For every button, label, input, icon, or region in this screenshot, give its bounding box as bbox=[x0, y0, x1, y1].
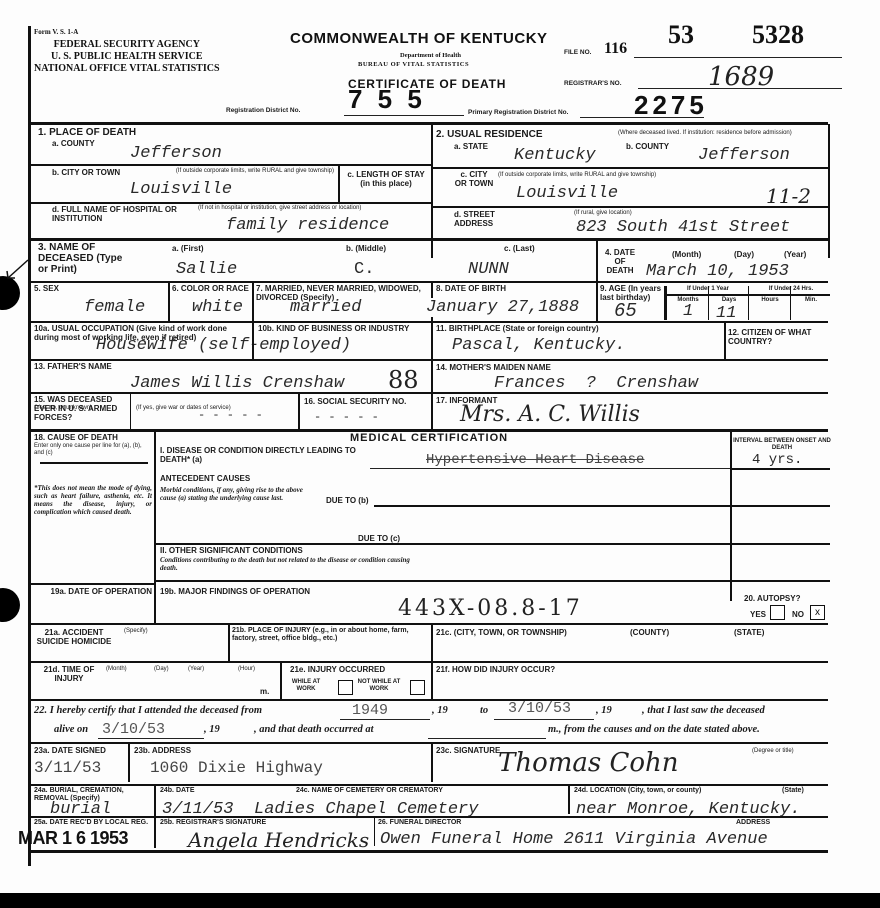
residence-city-code: 11-2 bbox=[766, 184, 811, 208]
residence-county-label: b. COUNTY bbox=[626, 142, 669, 151]
sex-label: 5. SEX bbox=[34, 284, 59, 293]
mother-maiden-name-label: 14. MOTHER'S MAIDEN NAME bbox=[436, 363, 551, 372]
physician-address-value: 1060 Dixie Highway bbox=[150, 759, 323, 777]
place-of-injury-label: 21b. PLACE OF INJURY (e.g., in or about … bbox=[232, 627, 432, 643]
injury-state-label: (STATE) bbox=[734, 628, 764, 637]
sex-value: female bbox=[84, 298, 145, 317]
street-note: (If rural, give location) bbox=[574, 210, 632, 217]
residence-city-value: Louisville bbox=[516, 184, 618, 203]
divider bbox=[28, 359, 828, 361]
location-state-label: (State) bbox=[782, 787, 804, 794]
last-name-label: c. (Last) bbox=[504, 244, 535, 253]
registrar-signature-label: 25b. REGISTRAR'S SIGNATURE bbox=[160, 819, 266, 826]
file-no-label: FILE NO. bbox=[564, 49, 591, 56]
primary-district-value: 2275 bbox=[634, 90, 708, 121]
divider bbox=[730, 468, 830, 470]
city-note: (If outside corporate limits, write RURA… bbox=[104, 168, 334, 175]
file-no-value: 116 bbox=[604, 40, 627, 58]
divider bbox=[28, 392, 828, 394]
citizen-label: 12. CITIZEN OF WHAT COUNTRY? bbox=[728, 328, 828, 346]
medical-certification-title: MEDICAL CERTIFICATION bbox=[350, 433, 508, 444]
hospital-value: family residence bbox=[226, 216, 389, 235]
attended-to-value: 3/10/53 bbox=[508, 700, 571, 717]
attended-from-value: 1949 bbox=[352, 702, 388, 719]
underline bbox=[634, 57, 842, 58]
antecedent-causes-label: ANTECEDENT CAUSES bbox=[160, 474, 250, 483]
informant-signature: Mrs. A. C. Willis bbox=[460, 402, 640, 427]
divider bbox=[568, 784, 570, 814]
divider bbox=[433, 206, 829, 208]
autopsy-yes-checkbox[interactable] bbox=[770, 605, 785, 620]
while-at-work-checkbox[interactable] bbox=[338, 680, 353, 695]
agency-line: FEDERAL SECURITY AGENCY bbox=[34, 39, 220, 51]
funeral-address-label: ADDRESS bbox=[736, 819, 770, 826]
stamp-year: 53 bbox=[668, 20, 694, 50]
divider bbox=[154, 580, 830, 582]
hospital-label: d. FULL NAME OF HOSPITAL OR INSTITUTION bbox=[52, 205, 202, 223]
divider bbox=[730, 431, 732, 601]
punch-hole bbox=[0, 588, 20, 622]
antecedent-note: Morbid conditions, if any, giving rise t… bbox=[160, 486, 310, 502]
divider bbox=[28, 321, 828, 323]
burial-date-label: 24b. DATE bbox=[160, 787, 195, 794]
dod-month-label: (Month) bbox=[672, 250, 701, 259]
place-of-death-label: 1. PLACE OF DEATH bbox=[38, 127, 136, 138]
divider bbox=[168, 281, 170, 321]
other-conditions-note: Conditions contributing to the death but… bbox=[160, 556, 420, 572]
divider bbox=[28, 281, 828, 283]
certify-19-c: , 19 bbox=[204, 725, 220, 734]
marital-status-value: married bbox=[290, 298, 361, 317]
injury-hour-label: (Hour) bbox=[238, 666, 255, 673]
cause-of-death-note: Enter only one cause per line for (a), (… bbox=[34, 443, 150, 457]
residence-county-value: Jefferson bbox=[698, 146, 790, 165]
first-name-label: a. (First) bbox=[172, 244, 204, 253]
certify-to: to bbox=[480, 706, 488, 715]
how-injury-occurred-label: 21f. HOW DID INJURY OCCUR? bbox=[436, 665, 555, 674]
armed-forces-value: - - - - - bbox=[198, 408, 263, 422]
divider bbox=[280, 661, 282, 699]
divider bbox=[298, 392, 300, 429]
residence-city-note: (If outside corporate limits, write RURA… bbox=[498, 172, 828, 179]
due-to-c-label: DUE TO (c) bbox=[358, 534, 400, 543]
dod-year-label: (Year) bbox=[784, 250, 806, 259]
cemetery-label: 24c. NAME OF CEMETERY OR CREMATORY bbox=[296, 787, 443, 794]
registration-district-label: Registration District No. bbox=[226, 107, 300, 114]
middle-name-value: C. bbox=[354, 260, 374, 279]
divider bbox=[28, 742, 828, 744]
divider bbox=[31, 164, 431, 166]
date-signed-label: 23a. DATE SIGNED bbox=[34, 746, 106, 755]
divider bbox=[724, 321, 726, 359]
autopsy-no-checkbox[interactable]: x bbox=[810, 605, 825, 620]
alive-on-value: 3/10/53 bbox=[102, 721, 165, 738]
divider bbox=[28, 583, 154, 585]
scan-edge bbox=[0, 893, 880, 908]
divider bbox=[748, 286, 749, 320]
certify-19-a: , 19 bbox=[432, 706, 448, 715]
interval-label: INTERVAL BETWEEN ONSET AND DEATH bbox=[732, 438, 832, 452]
funeral-director-label: 26. FUNERAL DIRECTOR bbox=[378, 819, 461, 826]
dod-day-label: (Day) bbox=[734, 250, 754, 259]
address-label: 23b. ADDRESS bbox=[134, 746, 191, 755]
cause-of-death-label: 18. CAUSE OF DEATH bbox=[34, 433, 118, 442]
street-address-label: d. STREET ADDRESS bbox=[454, 210, 504, 228]
primary-district-label: Primary Registration District No. bbox=[468, 109, 568, 116]
divider bbox=[431, 321, 433, 359]
divider bbox=[31, 202, 431, 204]
divider bbox=[431, 359, 433, 429]
certify-text-2: , that I last saw the deceased bbox=[642, 706, 765, 715]
race-label: 6. COLOR OR RACE bbox=[172, 284, 249, 293]
divider bbox=[28, 816, 828, 818]
registrar-no-value: 1689 bbox=[708, 62, 774, 92]
occupation-value: Housewife (self-employed) bbox=[96, 336, 351, 355]
first-name-value: Sallie bbox=[176, 260, 237, 279]
kind-of-business-label: 10b. KIND OF BUSINESS OR INDUSTRY bbox=[258, 324, 428, 333]
registrar-no-label: REGISTRAR'S NO. bbox=[564, 80, 622, 87]
birthplace-label: 11. BIRTHPLACE (State or foreign country… bbox=[436, 324, 599, 333]
disease-line-label: I. DISEASE OR CONDITION DIRECTLY LEADING… bbox=[160, 446, 360, 464]
physician-signature: Thomas Cohn bbox=[498, 748, 679, 778]
residence-street-value: 823 South 41st Street bbox=[576, 218, 790, 237]
document-title: COMMONWEALTH OF KENTUCKY bbox=[290, 30, 548, 47]
certify-text-4: , and that death occurred at bbox=[254, 725, 374, 734]
date-of-death-label: 4. DATE OF DEATH bbox=[602, 248, 638, 275]
residence-state-value: Kentucky bbox=[514, 146, 596, 165]
agency-header: Form V. S. 1-A FEDERAL SECURITY AGENCY U… bbox=[34, 28, 220, 75]
social-security-value: - - - - - bbox=[314, 410, 379, 424]
days-label: Days bbox=[710, 297, 748, 304]
divider bbox=[374, 505, 830, 507]
father-note: 88 bbox=[388, 366, 419, 394]
divider bbox=[708, 286, 709, 320]
divider bbox=[252, 321, 254, 359]
divider bbox=[128, 742, 130, 782]
divider bbox=[154, 583, 156, 623]
death-county-value: Jefferson bbox=[130, 144, 222, 163]
degree-label: (Degree or title) bbox=[752, 748, 794, 755]
autopsy-no-label: NO bbox=[792, 610, 804, 619]
certify-alive-on: alive on bbox=[54, 725, 88, 734]
date-of-birth-value: January 27,1888 bbox=[424, 298, 581, 317]
accident-label: 21a. ACCIDENT SUICIDE HOMICIDE bbox=[34, 628, 114, 646]
accident-specify: (Specify) bbox=[124, 628, 148, 635]
autopsy-yes-label: YES bbox=[750, 610, 766, 619]
divider bbox=[28, 699, 828, 701]
divider bbox=[154, 543, 830, 545]
time-of-injury-label: 21d. TIME OF INJURY bbox=[34, 665, 104, 683]
divider bbox=[28, 661, 828, 663]
department-label: Department of Health bbox=[400, 52, 461, 59]
divider bbox=[28, 238, 828, 241]
armed-forces-note: (Yes, no, or unknown) bbox=[34, 405, 92, 412]
death-certificate-page: Form V. S. 1-A FEDERAL SECURITY AGENCY U… bbox=[0, 0, 880, 908]
state-label: a. STATE bbox=[454, 142, 488, 151]
divider bbox=[252, 281, 254, 321]
certificate-form: Form V. S. 1-A FEDERAL SECURITY AGENCY U… bbox=[28, 22, 846, 870]
father-name-label: 13. FATHER'S NAME bbox=[34, 362, 112, 371]
stamp-number: 5328 bbox=[752, 20, 804, 50]
usual-residence-label: 2. USUAL RESIDENCE bbox=[436, 129, 543, 140]
divider bbox=[596, 239, 598, 281]
funeral-director-value: Owen Funeral Home 2611 Virginia Avenue bbox=[380, 830, 768, 849]
date-received-label: 25a. DATE REC'D BY LOCAL REG. bbox=[34, 819, 148, 826]
certify-19-b: , 19 bbox=[596, 706, 612, 715]
injury-occurred-label: 21e. INJURY OCCURRED bbox=[290, 665, 385, 674]
divider bbox=[596, 281, 598, 321]
operation-findings-value: 443X-08.8-17 bbox=[398, 596, 583, 621]
operation-date-label: 19a. DATE OF OPERATION bbox=[34, 587, 152, 596]
underline bbox=[98, 738, 204, 739]
underline bbox=[344, 115, 464, 116]
mother-maiden-name-value: Frances ? Crenshaw bbox=[494, 374, 698, 393]
divider bbox=[828, 124, 830, 258]
divider bbox=[40, 462, 148, 464]
location-label: 24d. LOCATION (City, town, or county) bbox=[574, 787, 701, 794]
length-of-stay-label: c. LENGTH OF STAY (in this place) bbox=[342, 170, 430, 188]
cause-footnote: *This does not mean the mode of dying, s… bbox=[34, 484, 152, 516]
operation-findings-label: 19b. MAJOR FINDINGS OF OPERATION bbox=[160, 587, 310, 596]
divider bbox=[433, 167, 829, 169]
certify-text-1: 22. I hereby certify that I attended the… bbox=[34, 706, 262, 715]
death-city-value: Louisville bbox=[130, 180, 232, 199]
divider bbox=[790, 286, 791, 320]
divider bbox=[28, 784, 828, 786]
middle-name-label: b. (Middle) bbox=[346, 244, 386, 253]
usual-residence-note: (Where deceased lived. If institution: r… bbox=[618, 130, 830, 137]
residence-city-label: c. CITY OR TOWN bbox=[454, 170, 494, 188]
divider bbox=[28, 850, 828, 853]
divider bbox=[28, 122, 828, 125]
agency-line: NATIONAL OFFICE VITAL STATISTICS bbox=[34, 63, 220, 75]
divider bbox=[338, 165, 340, 202]
form-border-left bbox=[28, 26, 31, 866]
father-name-value: James Willis Crenshaw bbox=[130, 374, 344, 393]
due-to-b-label: DUE TO (b) bbox=[326, 496, 369, 505]
registration-district-value: 7 5 5 bbox=[348, 84, 426, 115]
certify-text-5: m., from the causes and on the date stat… bbox=[548, 725, 760, 734]
divider bbox=[154, 431, 156, 583]
age-value: 65 bbox=[614, 300, 637, 322]
injury-day-label: (Day) bbox=[154, 666, 169, 673]
social-security-label: 16. SOCIAL SECURITY NO. bbox=[304, 397, 426, 406]
cause-a-value: Hypertensive Heart Disease bbox=[426, 452, 644, 468]
registrar-signature: Angela Hendricks bbox=[188, 828, 369, 852]
race-value: white bbox=[192, 298, 243, 317]
divider bbox=[431, 742, 433, 782]
hours-label: Hours bbox=[750, 297, 790, 304]
divider bbox=[228, 623, 230, 661]
agency-line: U. S. PUBLIC HEALTH SERVICE bbox=[34, 51, 220, 63]
arrow-icon bbox=[4, 258, 30, 282]
signature-label: 23c. SIGNATURE bbox=[436, 746, 500, 755]
months-value: 1 bbox=[683, 302, 693, 321]
interval-a-value: 4 yrs. bbox=[752, 452, 802, 468]
date-signed-value: 3/11/53 bbox=[34, 759, 101, 777]
minutes-label: Min. bbox=[792, 297, 830, 304]
underline bbox=[494, 719, 594, 720]
autopsy-label: 20. AUTOPSY? bbox=[744, 594, 800, 603]
date-of-death-value: March 10, 1953 bbox=[646, 262, 789, 281]
not-while-at-work-checkbox[interactable] bbox=[410, 680, 425, 695]
injury-m-label: m. bbox=[260, 687, 269, 696]
name-of-deceased-label: 3. NAME OF DECEASED (Type or Print) bbox=[38, 242, 128, 275]
county-label: a. COUNTY bbox=[52, 139, 95, 148]
not-while-at-work-label: NOT WHILE AT WORK bbox=[356, 679, 402, 693]
divider bbox=[28, 623, 828, 625]
injury-city-label: 21c. (CITY, TOWN, OR TOWNSHIP) bbox=[436, 628, 567, 637]
bureau-label: BUREAU OF VITAL STATISTICS bbox=[358, 61, 469, 68]
underline bbox=[428, 738, 546, 739]
divider bbox=[374, 816, 375, 846]
form-number: Form V. S. 1-A bbox=[34, 28, 220, 36]
last-name-value: NUNN bbox=[468, 260, 509, 279]
divider bbox=[664, 286, 667, 320]
other-conditions-label: II. OTHER SIGNIFICANT CONDITIONS bbox=[160, 546, 303, 555]
hospital-note: (If not in hospital or institution, give… bbox=[198, 205, 428, 212]
underline bbox=[340, 719, 430, 720]
injury-county-label: (COUNTY) bbox=[630, 628, 669, 637]
birthplace-value: Pascal, Kentucky. bbox=[452, 336, 625, 355]
injury-month-label: (Month) bbox=[106, 666, 127, 673]
injury-year-label: (Year) bbox=[188, 666, 204, 673]
while-at-work-label: WHILE AT WORK bbox=[286, 679, 326, 693]
underline bbox=[370, 468, 730, 469]
date-received-stamp: MAR 1 6 1953 bbox=[18, 828, 128, 849]
divider bbox=[130, 392, 131, 429]
under-24-hrs-label: If Under 24 Hrs. bbox=[752, 286, 830, 293]
date-of-birth-label: 8. DATE OF BIRTH bbox=[436, 284, 506, 293]
